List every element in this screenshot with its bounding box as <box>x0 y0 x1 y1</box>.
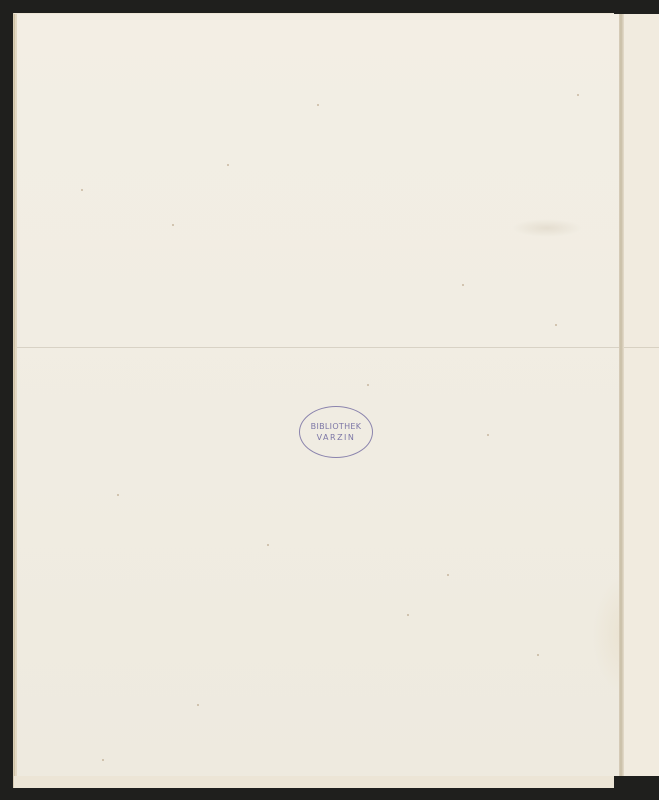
paper-speck <box>447 574 449 576</box>
paper-speck <box>117 494 119 496</box>
paper-speck <box>407 614 409 616</box>
facing-page-edge <box>624 14 659 776</box>
paper-speck <box>555 324 557 326</box>
stamp-line-1: BIBLIOTHEK <box>311 421 362 432</box>
paper-speck <box>537 654 539 656</box>
paper-speck <box>227 164 229 166</box>
page-fold-line <box>17 347 623 348</box>
paper-speck <box>102 759 104 761</box>
paper-speck <box>197 704 199 706</box>
book-page <box>17 14 623 776</box>
page-fold-line <box>624 347 659 348</box>
paper-speck <box>81 189 83 191</box>
paper-speck <box>317 104 319 106</box>
stamp-line-2: VARZIN <box>317 432 356 443</box>
paper-speck <box>462 284 464 286</box>
paper-speck <box>577 94 579 96</box>
paper-speck <box>267 544 269 546</box>
paper-smudge <box>512 219 582 237</box>
paper-speck <box>172 224 174 226</box>
paper-speck <box>367 384 369 386</box>
library-stamp: BIBLIOTHEK VARZIN <box>299 406 373 458</box>
paper-speck <box>487 434 489 436</box>
